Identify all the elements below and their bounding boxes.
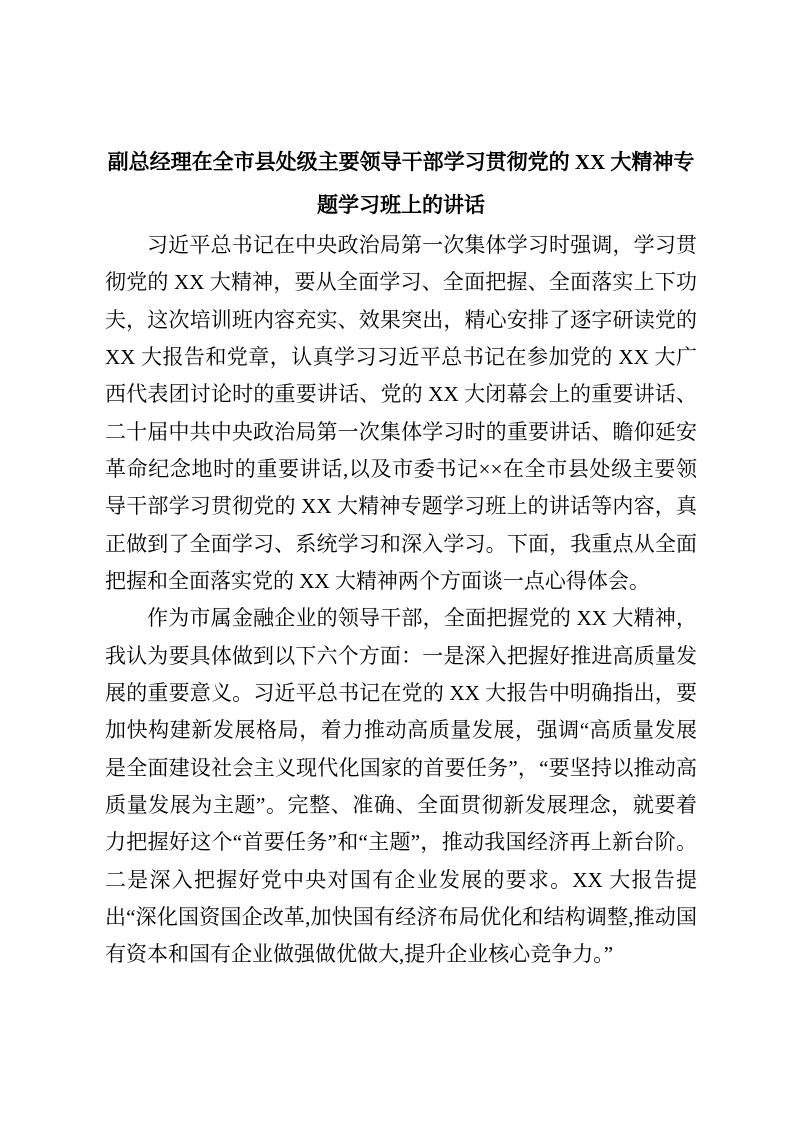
paragraph: 作为市属金融企业的领导干部，全面把握党的 XX 大精神，我认为要具体做到以下六个… <box>105 600 697 973</box>
document-content: 副总经理在全市县处级主要领导干部学习贯彻党的 XX 大精神专题学习班上的讲话 习… <box>105 141 697 974</box>
document-title: 副总经理在全市县处级主要领导干部学习贯彻党的 XX 大精神专题学习班上的讲话 <box>105 141 697 227</box>
document-body: 习近平总书记在中央政治局第一次集体学习时强调，学习贯彻党的 XX 大精神，要从全… <box>105 227 697 974</box>
paragraph: 习近平总书记在中央政治局第一次集体学习时强调，学习贯彻党的 XX 大精神，要从全… <box>105 227 697 600</box>
document-page: 副总经理在全市县处级主要领导干部学习贯彻党的 XX 大精神专题学习班上的讲话 习… <box>0 0 793 1122</box>
